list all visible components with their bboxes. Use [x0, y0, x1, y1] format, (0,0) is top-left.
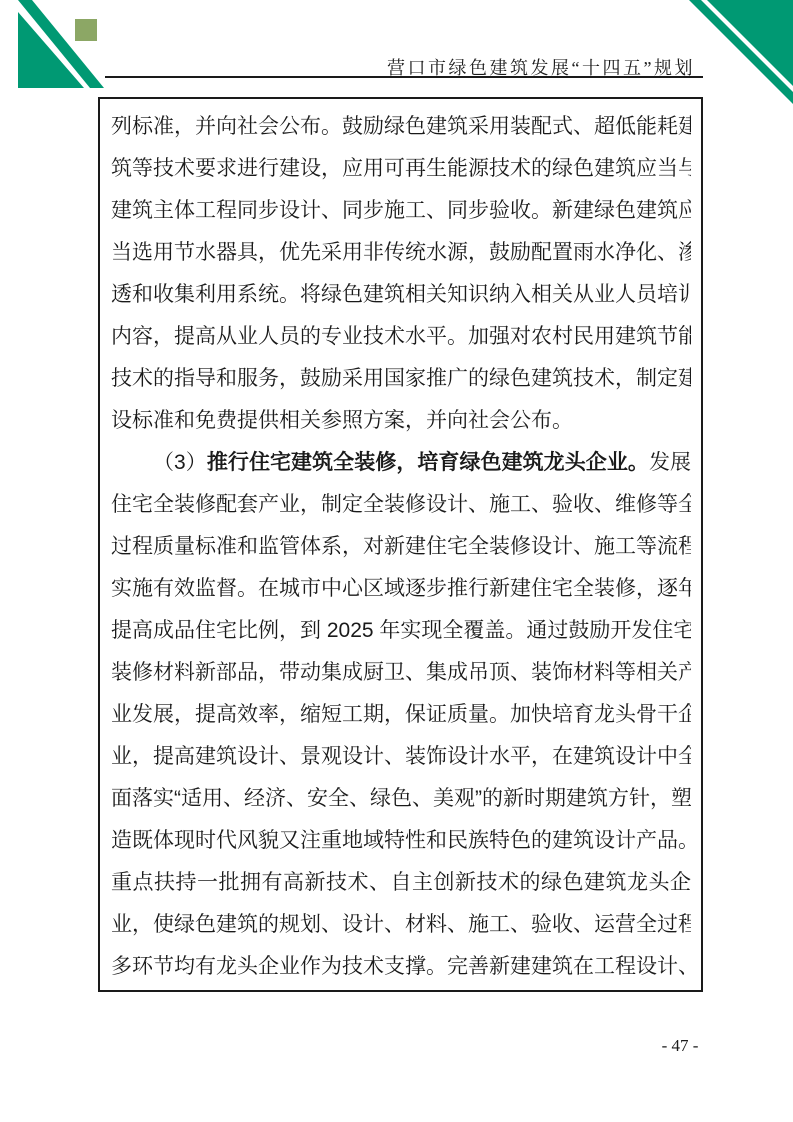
text-line: 过程质量标准和监管体系，对新建住宅全装修设计、施工等流程	[111, 526, 691, 568]
text-segment: 内容，提高从业人员的专业技术水平。加强对农村民用建筑节能	[111, 325, 691, 348]
text-line: 内容，提高从业人员的专业技术水平。加强对农村民用建筑节能	[111, 316, 691, 358]
text-segment: 业，使绿色建筑的规划、设计、材料、施工、验收、运营全过程	[111, 913, 691, 936]
text-segment: （3）	[153, 451, 207, 474]
text-segment: 列标准，并向社会公布。鼓励绿色建筑采用装配式、超低能耗建	[111, 115, 691, 138]
text-segment: 设标准和免费提供相关参照方案，并向社会公布。	[111, 409, 573, 432]
text-line: 建筑主体工程同步设计、同步施工、同步验收。新建绿色建筑应	[111, 190, 691, 232]
text-line: 业发展，提高效率，缩短工期，保证质量。加快培育龙头骨干企	[111, 694, 691, 736]
text-line: 造既体现时代风貌又注重地域特性和民族特色的建筑设计产品。	[111, 820, 691, 862]
document-page: { "colors": { "teal_green": "#009973", "…	[0, 0, 793, 1122]
text-line: 筑等技术要求进行建设，应用可再生能源技术的绿色建筑应当与	[111, 148, 691, 190]
text-line: 列标准，并向社会公布。鼓励绿色建筑采用装配式、超低能耗建	[111, 106, 691, 148]
text-segment-bold: 推行住宅建筑全装修，培育绿色建筑龙头企业。	[207, 451, 649, 474]
text-line: 装修材料新部品，带动集成厨卫、集成吊顶、装饰材料等相关产	[111, 652, 691, 694]
text-segment: 提高成品住宅比例，到 2025 年实现全覆盖。通过鼓励开发住宅	[111, 619, 691, 642]
text-segment: 透和收集利用系统。将绿色建筑相关知识纳入相关从业人员培训	[111, 283, 691, 306]
text-segment: 重点扶持一批拥有高新技术、自主创新技术的绿色建筑龙头企	[111, 871, 691, 894]
text-line: 实施有效监督。在城市中心区域逐步推行新建住宅全装修，逐年	[111, 568, 691, 610]
text-line: 提高成品住宅比例，到 2025 年实现全覆盖。通过鼓励开发住宅	[111, 610, 691, 652]
text-segment: 多环节均有龙头企业作为技术支撑。完善新建建筑在工程设计、	[111, 955, 691, 978]
header-rule	[105, 76, 703, 78]
text-line: 面落实“适用、经济、安全、绿色、美观”的新时期建筑方针，塑	[111, 778, 691, 820]
text-segment: 装修材料新部品，带动集成厨卫、集成吊顶、装饰材料等相关产	[111, 661, 691, 684]
corner-ribbon-right-triangle-icon	[707, 0, 793, 86]
text-segment: 造既体现时代风貌又注重地域特性和民族特色的建筑设计产品。	[111, 829, 691, 852]
text-segment: 业，提高建筑设计、景观设计、装饰设计水平，在建筑设计中全	[111, 745, 691, 768]
text-segment: 实施有效监督。在城市中心区域逐步推行新建住宅全装修，逐年	[111, 577, 691, 600]
page-number: - 47 -	[630, 1036, 730, 1056]
corner-ribbon-left-triangle-icon	[18, 12, 84, 88]
olive-square-icon	[75, 19, 97, 41]
corner-ribbon-right-stripe-icon	[689, 0, 793, 104]
text-line: 设标准和免费提供相关参照方案，并向社会公布。	[111, 400, 691, 442]
text-line: 业，使绿色建筑的规划、设计、材料、施工、验收、运营全过程	[111, 904, 691, 946]
text-line: 透和收集利用系统。将绿色建筑相关知识纳入相关从业人员培训	[111, 274, 691, 316]
corner-ribbon-left-stripe-icon	[18, 0, 104, 88]
text-line: 重点扶持一批拥有高新技术、自主创新技术的绿色建筑龙头企	[111, 862, 691, 904]
text-segment: 过程质量标准和监管体系，对新建住宅全装修设计、施工等流程	[111, 535, 691, 558]
text-segment: 筑等技术要求进行建设，应用可再生能源技术的绿色建筑应当与	[111, 157, 691, 180]
text-segment: 面落实“适用、经济、安全、绿色、美观”的新时期建筑方针，塑	[111, 787, 691, 810]
text-line: 技术的指导和服务，鼓励采用国家推广的绿色建筑技术，制定建	[111, 358, 691, 400]
text-segment: 住宅全装修配套产业，制定全装修设计、施工、验收、维修等全	[111, 493, 691, 516]
text-segment: 建筑主体工程同步设计、同步施工、同步验收。新建绿色建筑应	[111, 199, 691, 222]
text-line: 当选用节水器具，优先采用非传统水源，鼓励配置雨水净化、渗	[111, 232, 691, 274]
content-box: 列标准，并向社会公布。鼓励绿色建筑采用装配式、超低能耗建筑等技术要求进行建设，应…	[98, 97, 703, 992]
text-line: 业，提高建筑设计、景观设计、装饰设计水平，在建筑设计中全	[111, 736, 691, 778]
text-segment: 发展	[649, 451, 691, 474]
text-line: 住宅全装修配套产业，制定全装修设计、施工、验收、维修等全	[111, 484, 691, 526]
text-segment: 业发展，提高效率，缩短工期，保证质量。加快培育龙头骨干企	[111, 703, 691, 726]
text-segment: 技术的指导和服务，鼓励采用国家推广的绿色建筑技术，制定建	[111, 367, 691, 390]
text-segment: 当选用节水器具，优先采用非传统水源，鼓励配置雨水净化、渗	[111, 241, 691, 264]
text-line: （3）推行住宅建筑全装修，培育绿色建筑龙头企业。发展	[111, 442, 691, 484]
text-line: 多环节均有龙头企业作为技术支撑。完善新建建筑在工程设计、	[111, 946, 691, 988]
